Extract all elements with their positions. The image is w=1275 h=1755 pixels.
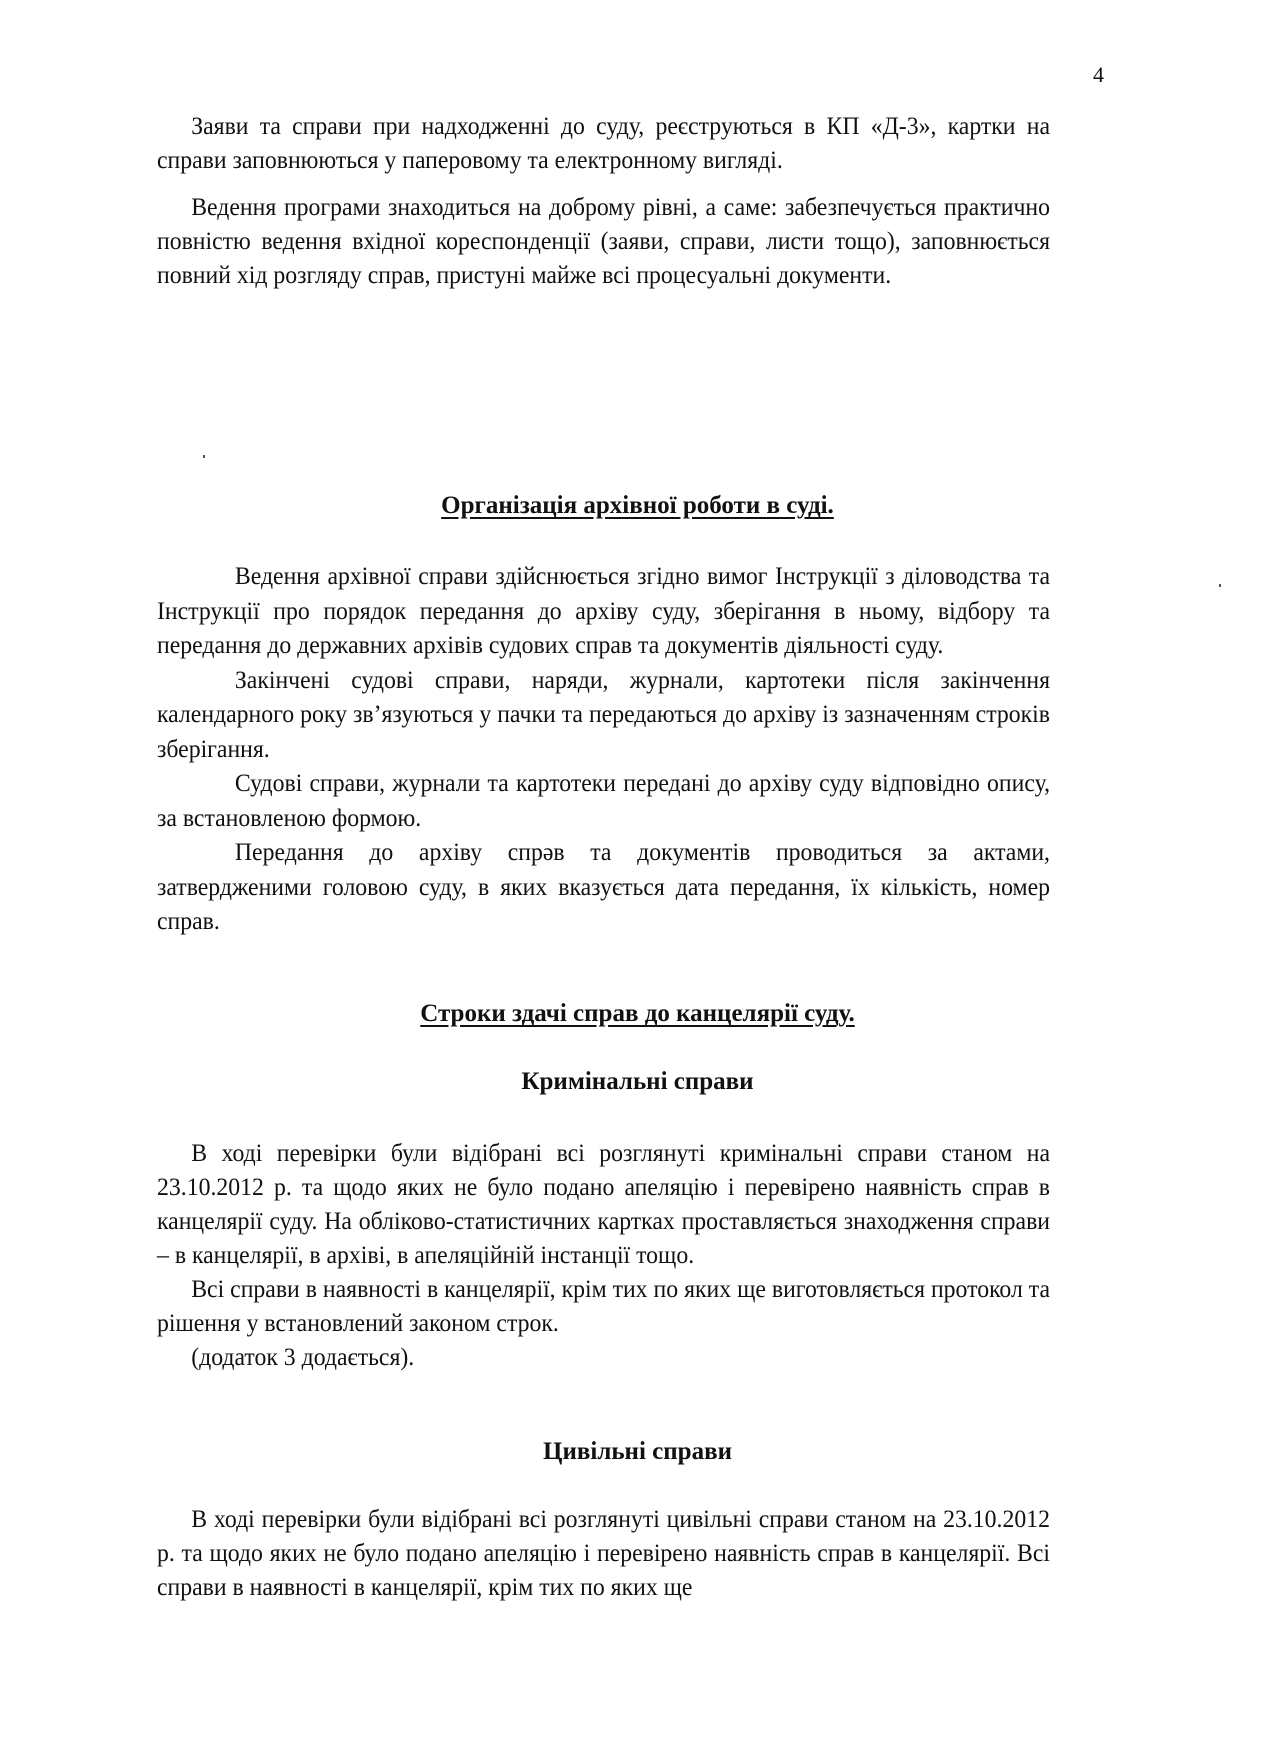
paragraph: В ході перевірки були відібрані всі розг… [157, 1503, 1050, 1605]
civil-cases-body: В ході перевірки були відібрані всі розг… [157, 1503, 1050, 1605]
paragraph: Передання до архіву спрəв та документів … [157, 836, 1050, 940]
scan-speck [203, 455, 205, 458]
heading-text: Кримінальні справи [521, 1068, 753, 1096]
heading-text: Організація архівної роботи в суді. [441, 492, 834, 520]
page-number: 4 [1093, 62, 1104, 88]
section-heading-archive: Організація архівної роботи в суді. [0, 492, 1275, 520]
paragraph: (додаток 3 додається). [157, 1341, 1050, 1375]
paragraph: Ведення архівної справи здійснюється згі… [157, 560, 1050, 664]
paragraph: Закінчені судові справи, наряди, журнали… [157, 664, 1050, 768]
intro-paragraph-1: Заяви та справи при надходженні до суду,… [157, 110, 1050, 178]
paragraph: Судові справи, журнали та картотеки пере… [157, 767, 1050, 836]
paragraph: В ході перевірки були відібрані всі розг… [157, 1137, 1050, 1273]
paragraph: Всі справи в наявності в канцелярії, крі… [157, 1273, 1050, 1341]
heading-text: Строки здачі справ до канцелярії суду. [420, 1000, 854, 1028]
section-heading-deadlines: Строки здачі справ до канцелярії суду. [0, 1000, 1275, 1028]
intro-paragraph-2: Ведення програми знаходиться на доброму … [157, 191, 1050, 293]
archive-section-body: Ведення архівної справи здійснюється згі… [157, 560, 1050, 940]
paragraph: Ведення програми знаходиться на доброму … [157, 191, 1050, 293]
document-page: 4 Заяви та справи при надходженні до суд… [0, 0, 1275, 1755]
heading-text: Цивільні справи [543, 1438, 732, 1466]
paragraph: Заяви та справи при надходженні до суду,… [157, 110, 1050, 178]
subheading-civil-cases: Цивільні справи [0, 1438, 1275, 1466]
criminal-cases-body: В ході перевірки були відібрані всі розг… [157, 1137, 1050, 1375]
scan-speck [1219, 584, 1221, 587]
subheading-criminal-cases: Кримінальні справи [0, 1068, 1275, 1096]
